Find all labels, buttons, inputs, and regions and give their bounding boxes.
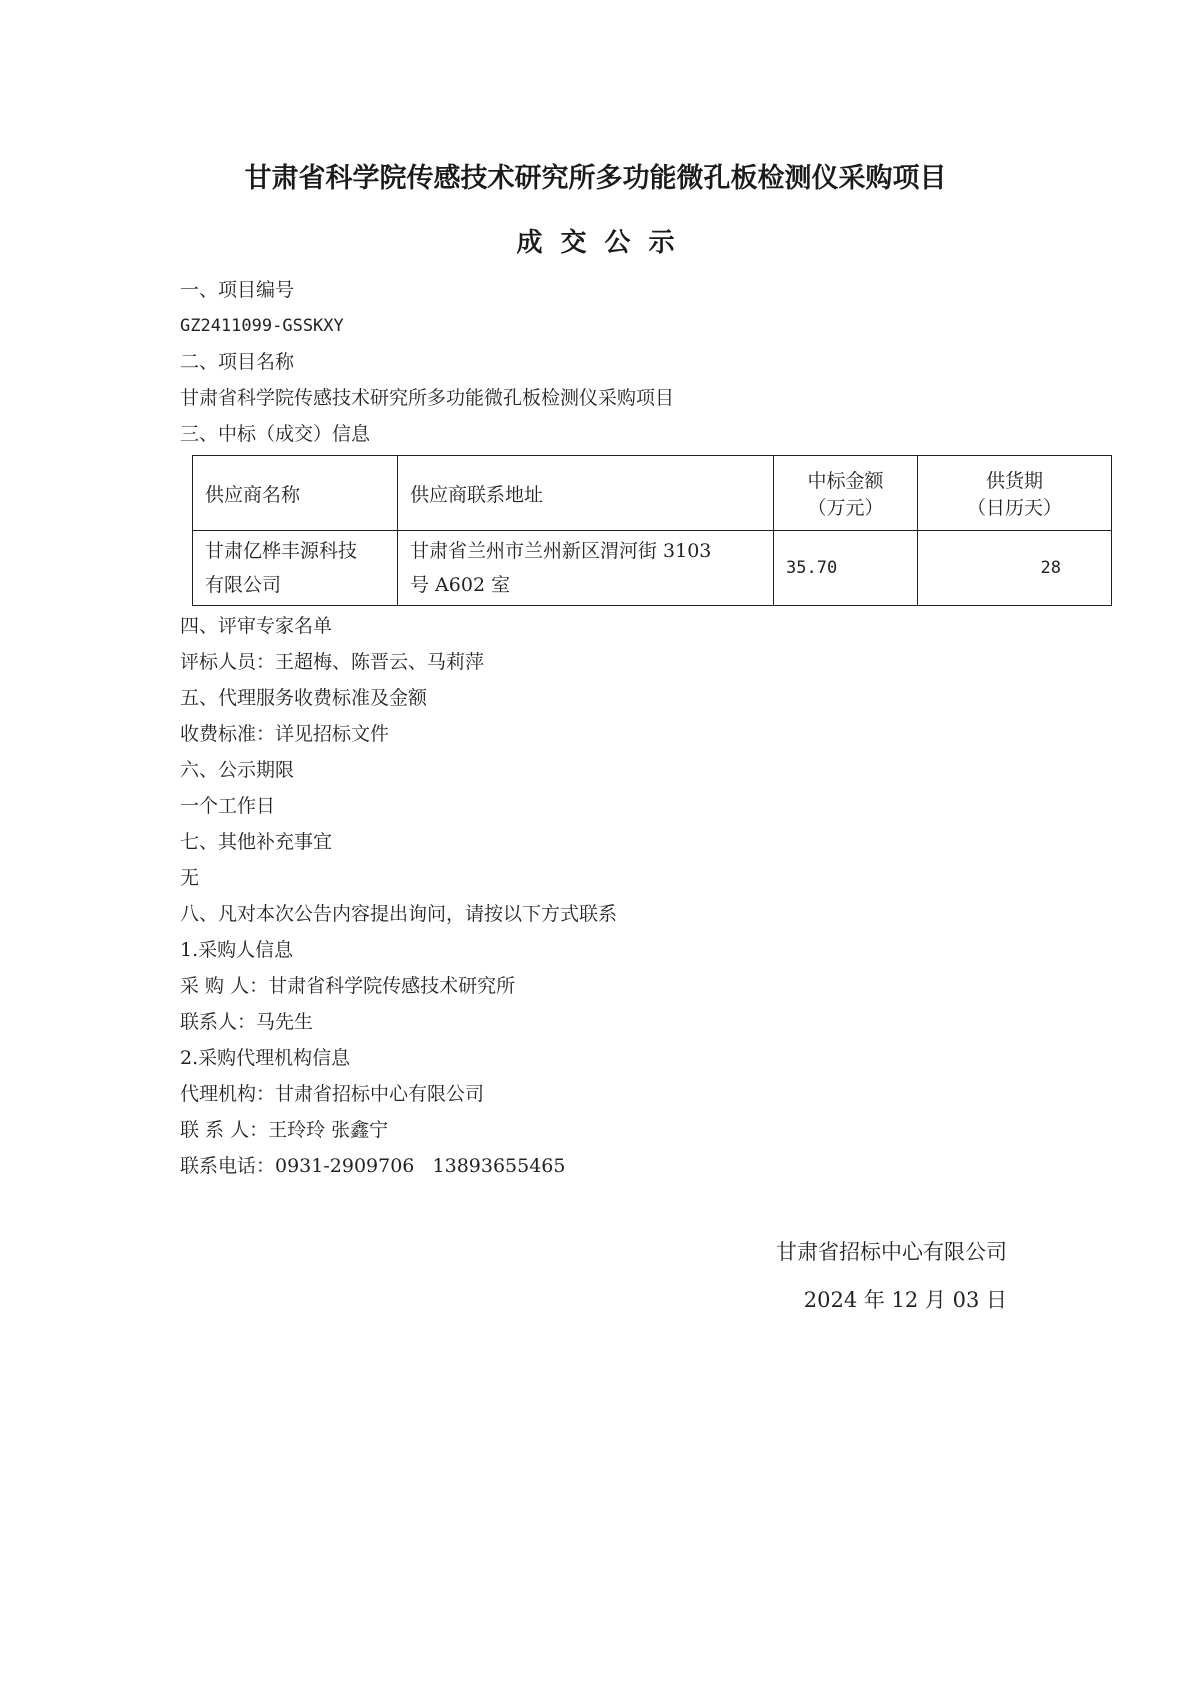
supplier-name-line1: 甘肃亿桦丰源科技 <box>205 534 385 568</box>
expert-list: 评标人员：王超梅、陈晋云、马莉萍 <box>180 650 484 674</box>
project-number: GZ2411099-GSSKXY <box>180 314 344 338</box>
fee-standard: 收费标准：详见招标文件 <box>180 722 389 746</box>
section-8-heading: 八、凡对本次公告内容提出询问，请按以下方式联系 <box>180 902 617 926</box>
purchaser-name: 采 购 人：甘肃省科学院传感技术研究所 <box>180 974 515 998</box>
purchaser-contact: 联系人：马先生 <box>180 1010 313 1034</box>
header-delivery-period: 供货期 （日历天） <box>918 456 1112 531</box>
table-row: 甘肃亿桦丰源科技 有限公司 甘肃省兰州市兰州新区渭河街 3103 号 A602 … <box>193 531 1112 606</box>
award-amount-cell: 35.70 <box>774 531 918 606</box>
supplier-name-line2: 有限公司 <box>205 568 385 602</box>
supplier-address-line1: 甘肃省兰州市兰州新区渭河街 3103 <box>410 534 761 568</box>
award-table: 供应商名称 供应商联系地址 中标金额 （万元） 供货期 （日历天） 甘肃亿桦丰源… <box>192 455 1112 606</box>
header-supplier-address: 供应商联系地址 <box>398 456 774 531</box>
section-3-heading: 三、中标（成交）信息 <box>180 422 370 446</box>
award-table-header-row: 供应商名称 供应商联系地址 中标金额 （万元） 供货期 （日历天） <box>193 456 1112 531</box>
section-1-heading: 一、项目编号 <box>180 278 294 302</box>
header-delivery-period-unit: （日历天） <box>930 493 1099 520</box>
supplier-address-line2: 号 A602 室 <box>410 568 761 602</box>
header-award-amount: 中标金额 （万元） <box>774 456 918 531</box>
header-award-amount-unit: （万元） <box>786 493 905 520</box>
delivery-days-cell: 28 <box>918 531 1112 606</box>
agency-name: 代理机构：甘肃省招标中心有限公司 <box>180 1082 484 1106</box>
section-6-heading: 六、公示期限 <box>180 758 294 782</box>
agency-phone: 联系电话：0931-2909706 13893655465 <box>180 1154 565 1178</box>
signature-date: 2024 年 12 月 03 日 <box>804 1284 1007 1314</box>
header-award-amount-label: 中标金额 <box>786 466 905 493</box>
document-subtitle: 成交公示 <box>0 222 1191 259</box>
agency-contact: 联 系 人：王玲玲 张鑫宁 <box>180 1118 388 1142</box>
supplier-address-cell: 甘肃省兰州市兰州新区渭河街 3103 号 A602 室 <box>398 531 774 606</box>
section-7-heading: 七、其他补充事宜 <box>180 830 332 854</box>
document-title: 甘肃省科学院传感技术研究所多功能微孔板检测仪采购项目 <box>0 156 1191 195</box>
header-delivery-period-label: 供货期 <box>930 466 1099 493</box>
signature-organization: 甘肃省招标中心有限公司 <box>776 1236 1007 1266</box>
header-supplier-name: 供应商名称 <box>193 456 398 531</box>
section-4-heading: 四、评审专家名单 <box>180 614 332 638</box>
purchaser-heading: 1.采购人信息 <box>180 938 293 962</box>
section-5-heading: 五、代理服务收费标准及金额 <box>180 686 427 710</box>
agency-heading: 2.采购代理机构信息 <box>180 1046 350 1070</box>
supplier-name-cell: 甘肃亿桦丰源科技 有限公司 <box>193 531 398 606</box>
publicity-period: 一个工作日 <box>180 794 275 818</box>
document-page: 甘肃省科学院传感技术研究所多功能微孔板检测仪采购项目 成交公示 一、项目编号 G… <box>0 0 1191 1684</box>
project-name: 甘肃省科学院传感技术研究所多功能微孔板检测仪采购项目 <box>180 386 674 410</box>
section-2-heading: 二、项目名称 <box>180 350 294 374</box>
other-matters: 无 <box>180 866 199 890</box>
